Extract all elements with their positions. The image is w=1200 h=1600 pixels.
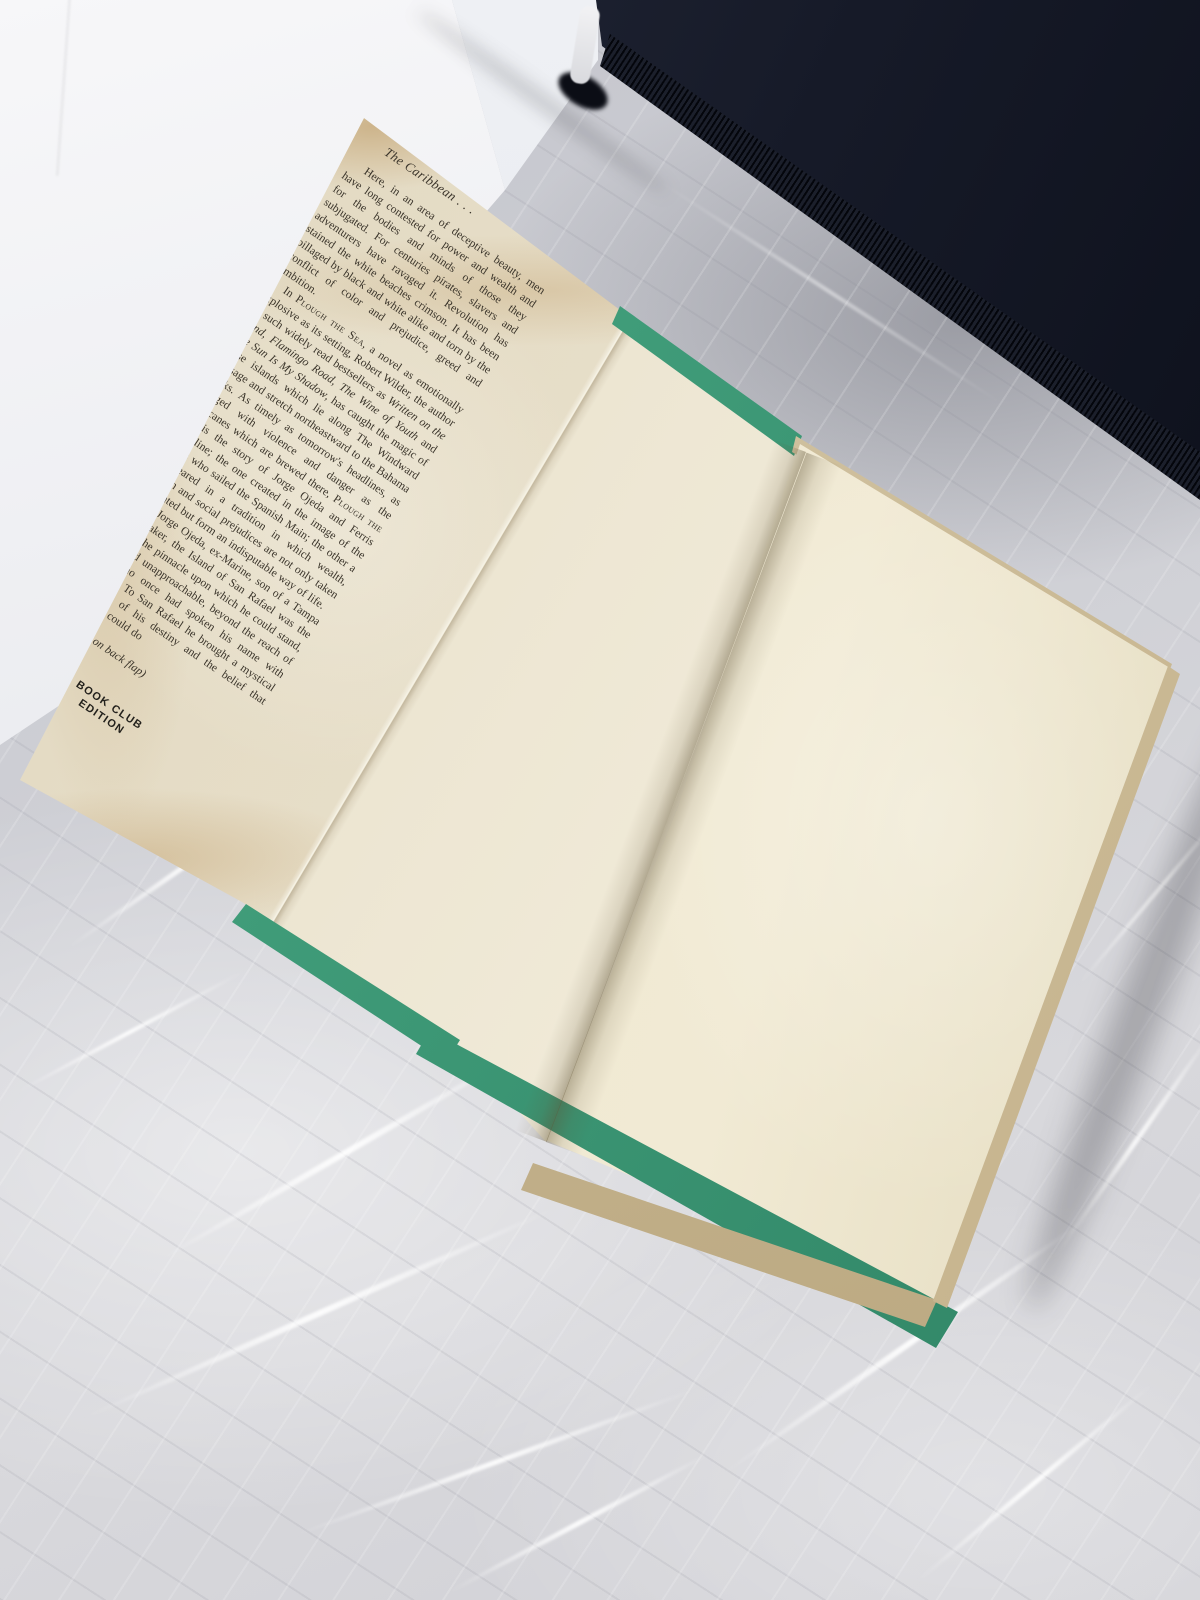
- photo-open-book-on-plastic: The Caribbean . . . Here, in an area of …: [0, 0, 1200, 1600]
